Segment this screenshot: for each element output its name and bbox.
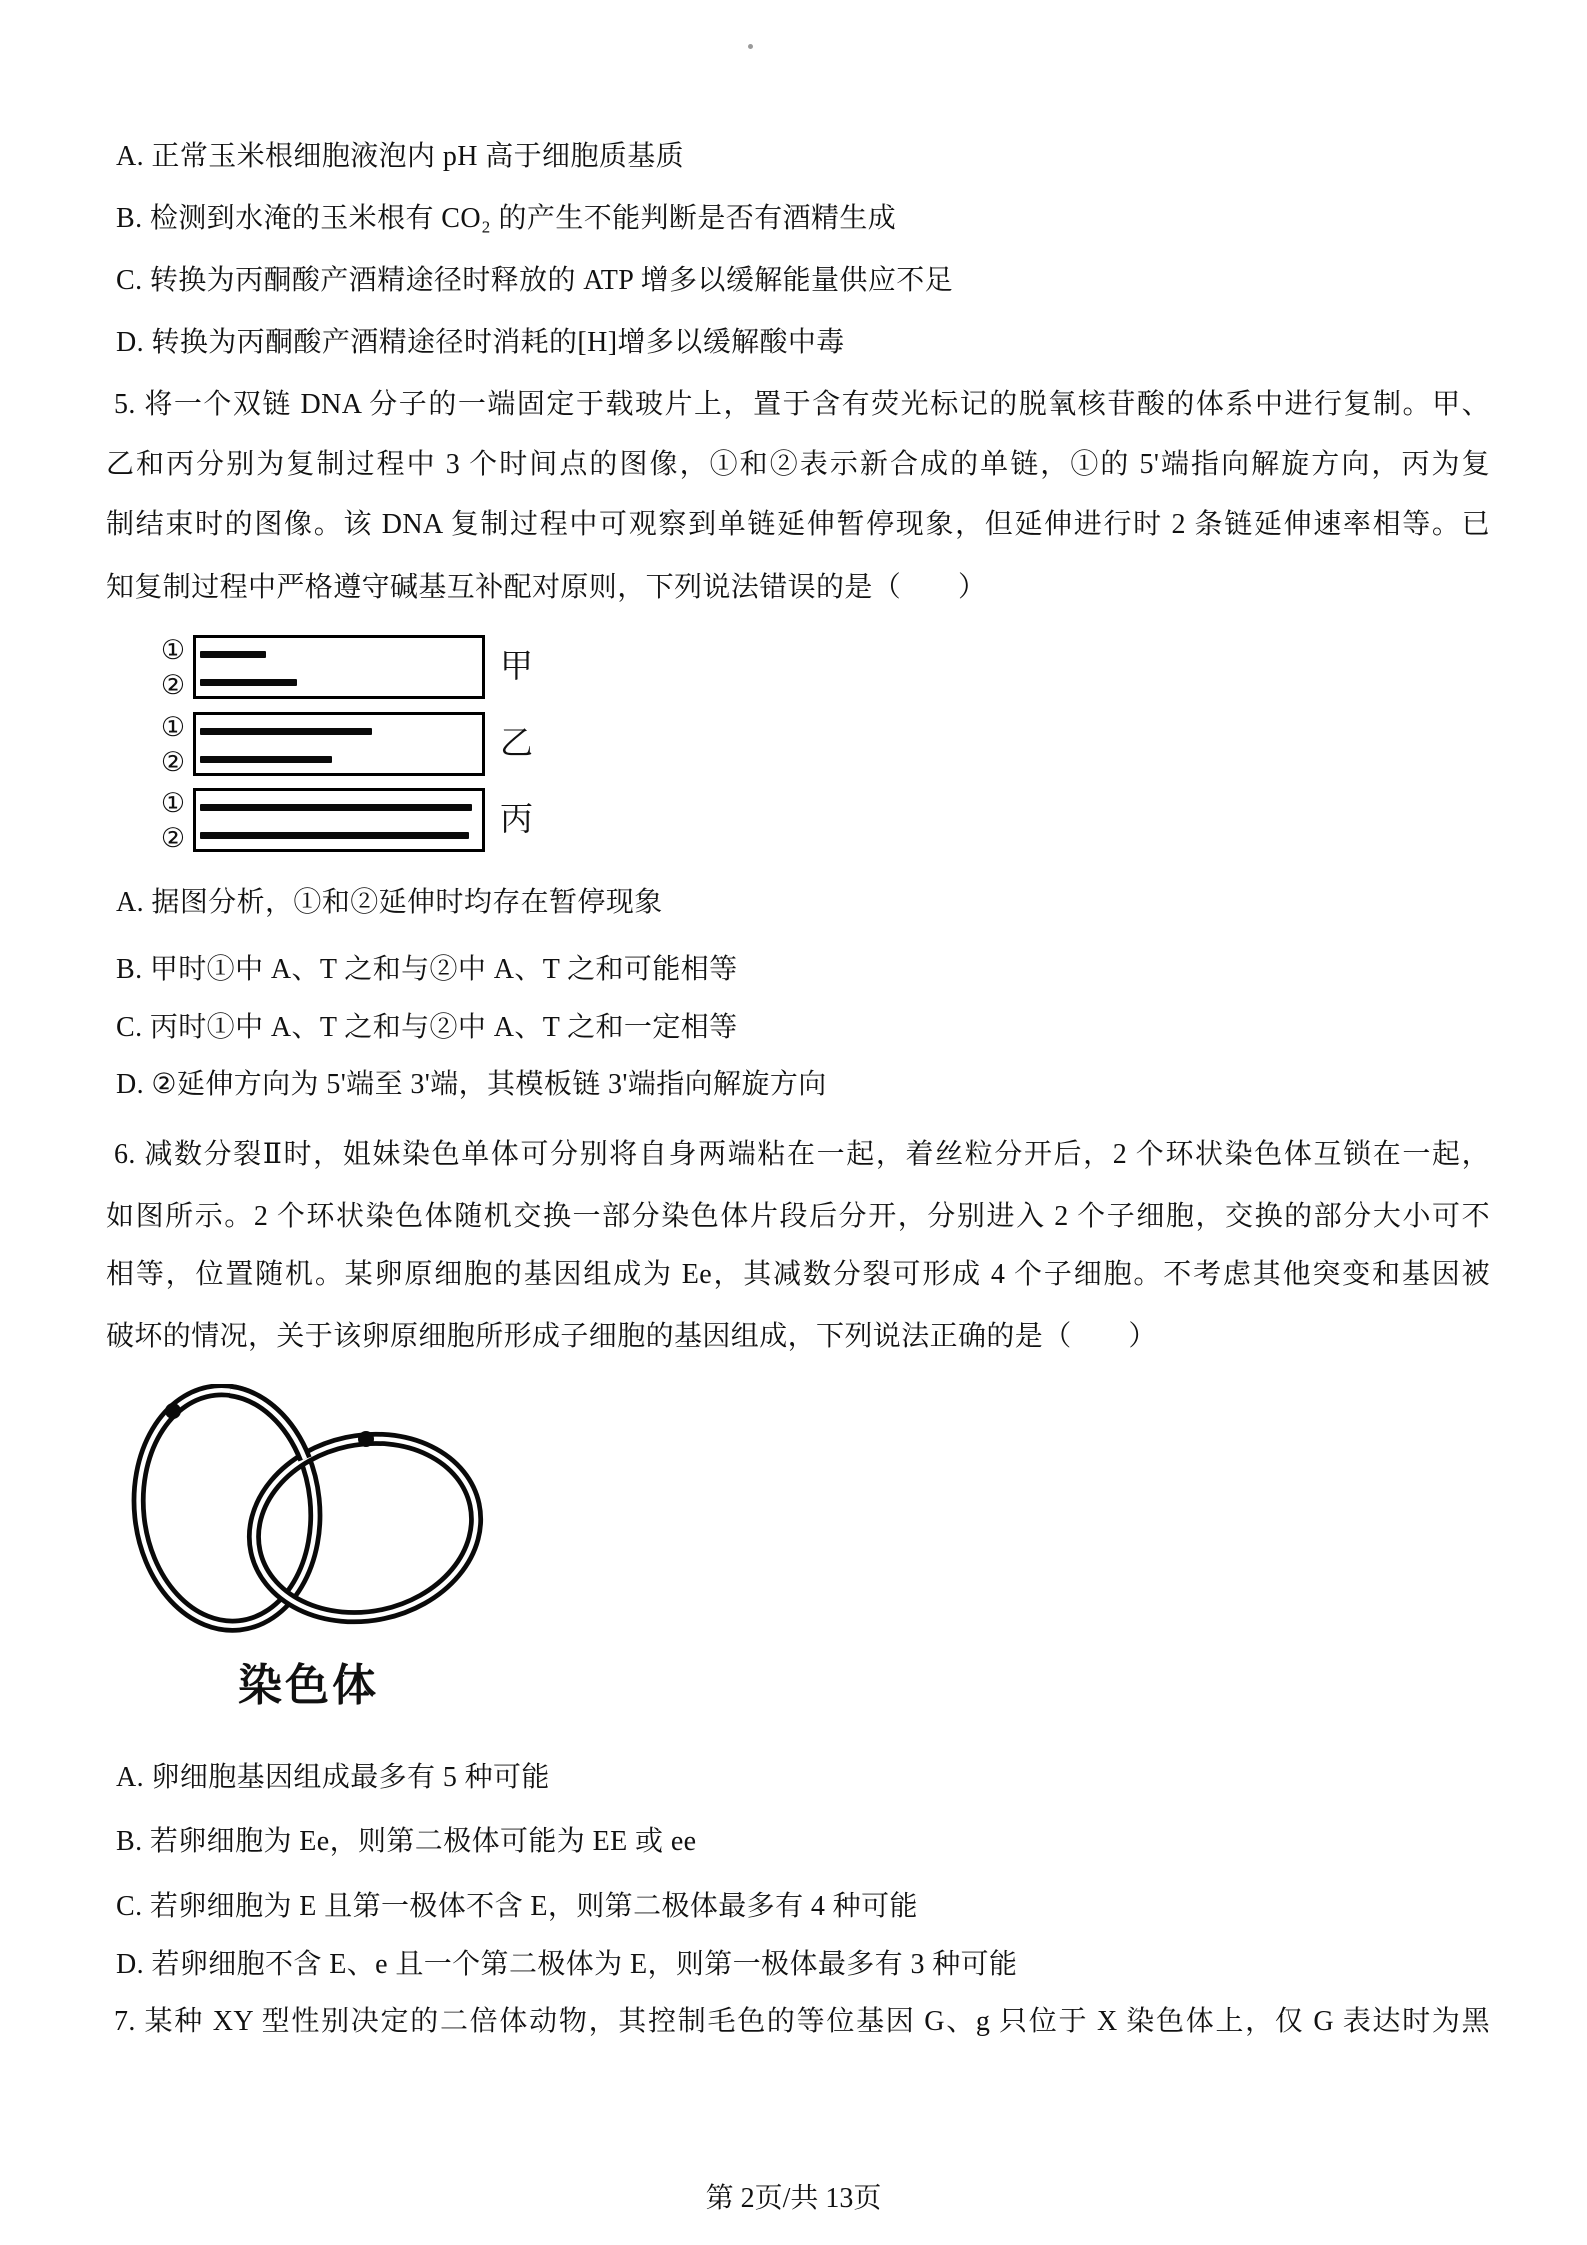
page-number-footer: 第 2页/共 13页 xyxy=(0,2176,1587,2216)
right-centromere-dot xyxy=(358,1431,374,1447)
dna-stage-bing-row: ① ② 丙 xyxy=(0,788,560,854)
left-centromere-dot xyxy=(165,1403,181,1419)
q4-option-d: D. 转换为丙酮酸产酒精途径时消耗的[H]增多以缓解酸中毒 xyxy=(116,326,845,360)
q7-stem-line-1: 7. 某种 XY 型性别决定的二倍体动物，其控制毛色的等位基因 G、g 只位于 … xyxy=(114,2005,1490,2039)
chromosome-rings-drawing xyxy=(128,1384,494,1642)
strand-2-bar xyxy=(200,679,297,686)
dna-stage-jia-label: 甲 xyxy=(500,649,533,685)
q6-option-d: D. 若卵细胞不含 E、e 且一个第二极体为 E，则第一极体最多有 3 种可能 xyxy=(116,1948,1017,1982)
dna-stage-jia-row: ① ② 甲 xyxy=(0,635,560,701)
dna-stage-jia-box xyxy=(193,635,485,699)
q4-option-b: B. 检测到水淹的玉米根有 CO₂ 的产生不能判断是否有酒精生成 xyxy=(116,202,896,236)
q6-option-a: A. 卵细胞基因组成最多有 5 种可能 xyxy=(116,1761,550,1795)
q6-stem-line-4: 破坏的情况，关于该卵原细胞所形成子细胞的基因组成，下列说法正确的是（ ） xyxy=(106,1320,1157,1354)
dna-stage-yi-label: 乙 xyxy=(500,726,533,762)
stray-dot xyxy=(748,44,753,49)
q5-option-c: C. 丙时①中 A、T 之和与②中 A、T 之和一定相等 xyxy=(116,1011,738,1045)
strand-1-bar xyxy=(200,651,266,658)
strand-2-bar xyxy=(200,832,469,839)
dna-stage-bing-label: 丙 xyxy=(500,802,533,838)
q6-option-b: B. 若卵细胞为 Ee，则第二极体可能为 EE 或 ee xyxy=(116,1825,696,1859)
q4-option-a: A. 正常玉米根细胞液泡内 pH 高于细胞质基质 xyxy=(116,140,684,174)
interlock-overlay-arc xyxy=(230,1391,305,1459)
q5-stem-line-3: 制结束时的图像。该 DNA 复制过程中可观察到单链延伸暂停现象，但延伸进行时 2… xyxy=(106,508,1490,542)
exam-page: A. 正常玉米根细胞液泡内 pH 高于细胞质基质 B. 检测到水淹的玉米根有 C… xyxy=(0,0,1587,2245)
strand-2-label: ② xyxy=(155,824,191,853)
q6-stem-line-3: 相等，位置随机。某卵原细胞的基因组成为 Ee，其减数分裂可形成 4 个子细胞。不… xyxy=(106,1258,1490,1292)
q6-stem-line-1: 6. 减数分裂Ⅱ时，姐妹染色单体可分别将自身两端粘在一起，着丝粒分开后，2 个环… xyxy=(114,1138,1490,1172)
q5-stem-line-4: 知复制过程中严格遵守碱基互补配对原则，下列说法错误的是（ ） xyxy=(106,571,986,605)
strand-1-label: ① xyxy=(155,789,191,818)
strand-1-label: ① xyxy=(155,713,191,742)
q4-option-c: C. 转换为丙酮酸产酒精途径时释放的 ATP 增多以缓解能量供应不足 xyxy=(116,264,953,298)
strand-1-bar xyxy=(200,728,372,735)
q5-option-a: A. 据图分析，①和②延伸时均存在暂停现象 xyxy=(116,886,663,920)
strand-1-label: ① xyxy=(155,636,191,665)
strand-2-label: ② xyxy=(155,671,191,700)
strand-number-labels: ① ② xyxy=(155,636,191,700)
chromosome-figure-caption: 染色体 xyxy=(238,1660,379,1712)
strand-2-bar xyxy=(200,756,332,763)
dna-stage-yi-box xyxy=(193,712,485,776)
strand-1-bar xyxy=(200,804,472,811)
q5-option-d: D. ②延伸方向为 5'端至 3'端，其模板链 3'端指向解旋方向 xyxy=(116,1068,827,1102)
strand-number-labels: ① ② xyxy=(155,789,191,853)
q6-stem-line-2: 如图所示。2 个环状染色体随机交换一部分染色体片段后分开，分别进入 2 个子细胞… xyxy=(106,1200,1490,1234)
q5-stem-line-2: 乙和丙分别为复制过程中 3 个时间点的图像，①和②表示新合成的单链，①的 5'端… xyxy=(106,448,1490,482)
chromosome-rings-figure xyxy=(128,1384,494,1642)
q5-stem-line-1: 5. 将一个双链 DNA 分子的一端固定于载玻片上，置于含有荧光标记的脱氧核苷酸… xyxy=(114,388,1490,422)
strand-number-labels: ① ② xyxy=(155,713,191,777)
q5-option-b: B. 甲时①中 A、T 之和与②中 A、T 之和可能相等 xyxy=(116,953,738,987)
dna-stage-yi-row: ① ② 乙 xyxy=(0,712,560,778)
strand-2-label: ② xyxy=(155,748,191,777)
q6-option-c: C. 若卵细胞为 E 且第一极体不含 E，则第二极体最多有 4 种可能 xyxy=(116,1890,918,1924)
dna-stage-bing-box xyxy=(193,788,485,852)
